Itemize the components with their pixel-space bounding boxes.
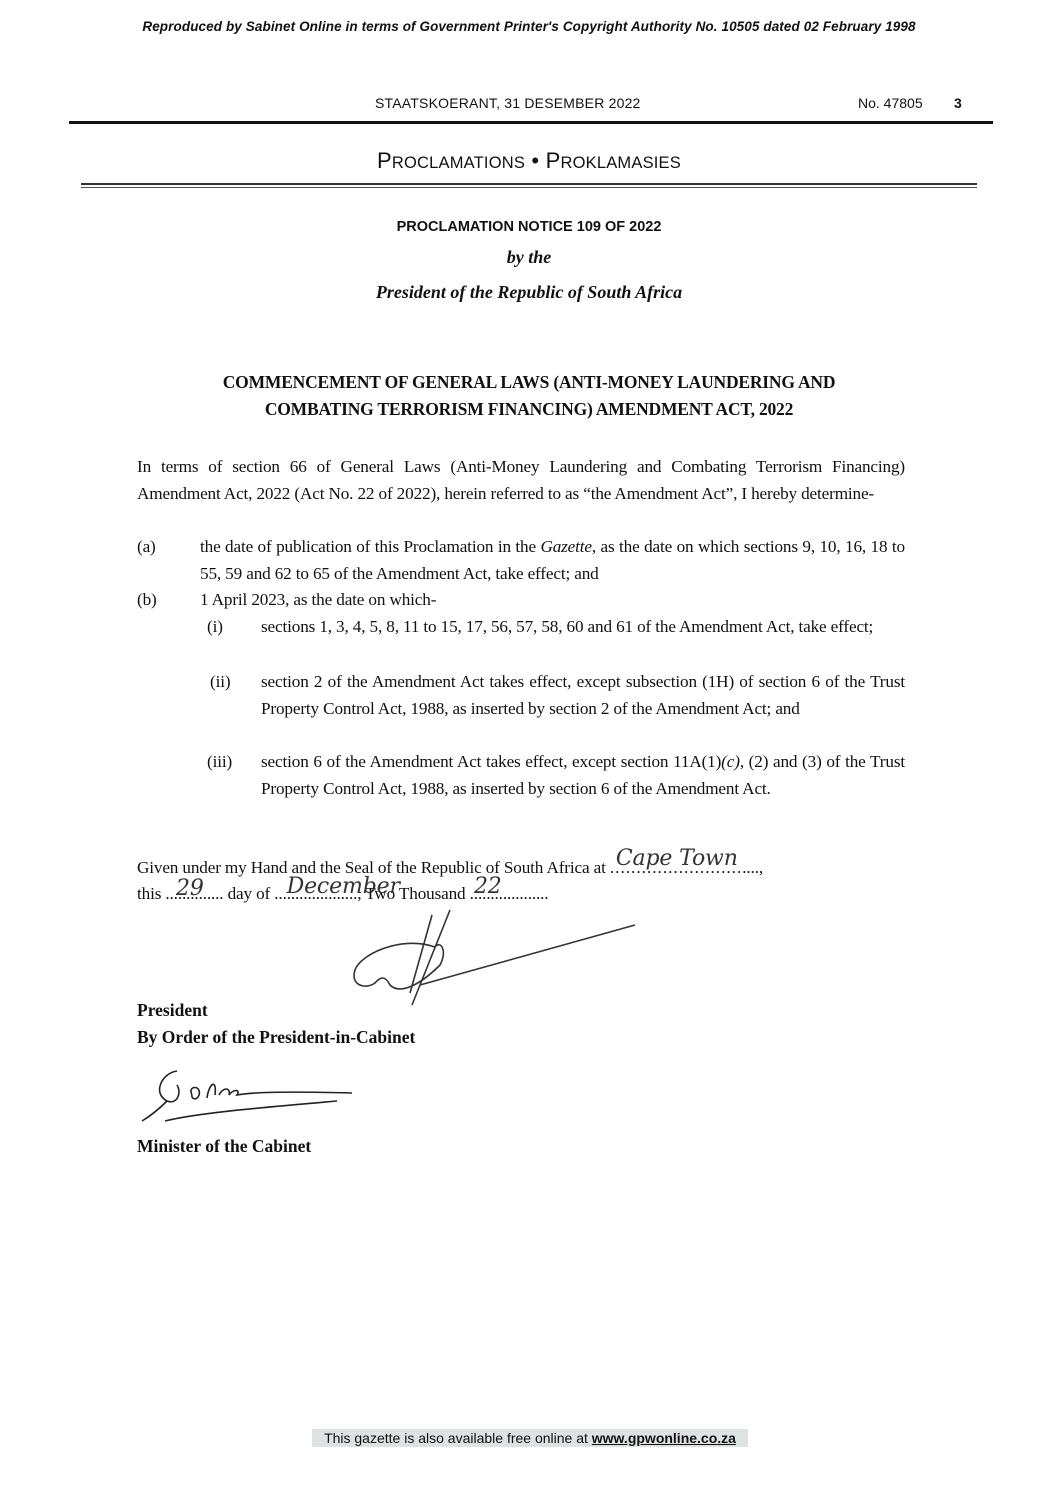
subitem-label: (iii): [207, 749, 232, 776]
item-text: the date of publication of this Proclama…: [200, 534, 905, 587]
by-the-line: by the: [0, 247, 1058, 268]
section-title-word-2: ROKLAMASIES: [560, 154, 681, 172]
footer-banner: This gazette is also available free onli…: [312, 1429, 748, 1447]
by-order-line: By Order of the President-in-Cabinet: [137, 1027, 415, 1048]
handwritten-place: Cape Town: [616, 846, 738, 873]
given-line-1: Given under my Hand and the Seal of the …: [137, 855, 763, 882]
subitem-text: section 6 of the Amendment Act takes eff…: [261, 749, 905, 802]
header-rule: [69, 121, 993, 124]
section-title-initial-1: P: [377, 148, 392, 173]
subitem-label: (i): [207, 614, 223, 641]
intro-paragraph: In terms of section 66 of General Laws (…: [137, 454, 905, 507]
minister-label: Minister of the Cabinet: [137, 1136, 311, 1157]
item-text: 1 April 2023, as the date on which-: [200, 587, 905, 614]
section-title-word-1: ROCLAMATIONS: [392, 154, 525, 172]
issue-number: No. 47805: [858, 95, 923, 111]
item-label: (b): [137, 587, 157, 614]
president-label: President: [137, 1000, 208, 1021]
issuer-line: President of the Republic of South Afric…: [0, 282, 1058, 303]
president-signature: [340, 905, 650, 1015]
subitem-label: (ii): [210, 669, 230, 696]
act-title-line-2: COMBATING TERRORISM FINANCING) AMENDMENT…: [0, 399, 1058, 420]
handwritten-day: 29: [176, 876, 204, 903]
handwritten-month: December: [287, 874, 400, 901]
bullet-separator: •: [525, 148, 546, 173]
footer-text: This gazette is also available free onli…: [324, 1430, 592, 1446]
running-head: STAATSKOERANT, 31 DESEMBER 2022: [375, 95, 641, 111]
reproduction-notice: Reproduced by Sabinet Online in terms of…: [0, 19, 1058, 34]
section-rule-lower: [81, 187, 977, 188]
section-title: PROCLAMATIONS • PROKLAMASIES: [0, 148, 1058, 174]
handwritten-year: 22: [474, 874, 502, 901]
section-rule-upper: [81, 183, 977, 185]
subitem-text: sections 1, 3, 4, 5, 8, 11 to 15, 17, 56…: [261, 614, 905, 641]
notice-number: PROCLAMATION NOTICE 109 OF 2022: [0, 219, 1058, 235]
gazette-italic: Gazette: [540, 537, 591, 556]
minister-signature: [137, 1063, 367, 1133]
item-label: (a): [137, 534, 156, 561]
subitem-text: section 2 of the Amendment Act takes eff…: [261, 669, 905, 722]
section-title-initial-2: P: [546, 148, 561, 173]
page-number: 3: [954, 95, 962, 111]
item-a: (a) the date of publication of this Proc…: [137, 534, 905, 588]
act-title-line-1: COMMENCEMENT OF GENERAL LAWS (ANTI-MONEY…: [0, 372, 1058, 393]
gpwonline-link[interactable]: www.gpwonline.co.za: [592, 1430, 736, 1446]
given-line-2: this .........29..... day of ...........…: [137, 881, 548, 908]
